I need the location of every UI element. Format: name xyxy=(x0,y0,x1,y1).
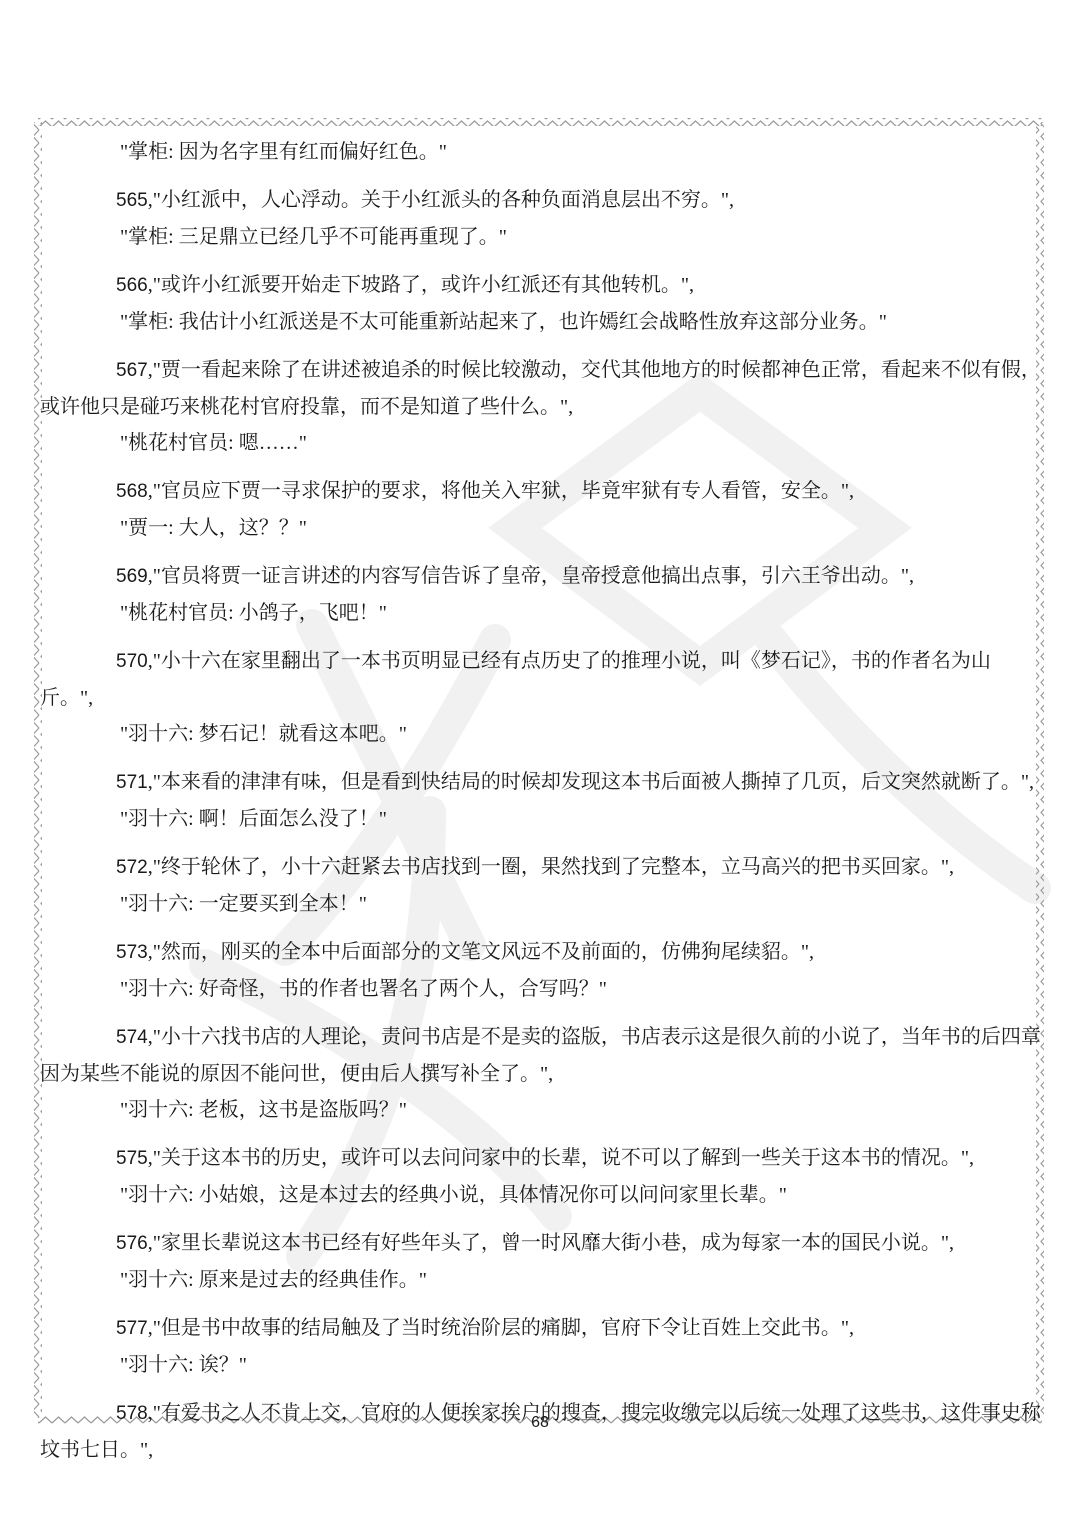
record-number: 575 xyxy=(116,1148,148,1169)
document-page: "掌柜: 因为名字里有红而偏好红色。"565,"小红派中，人心浮动。关于小红派头… xyxy=(0,0,1080,1528)
csv-record: 573,"然而，刚买的全本中后面部分的文笔文风远不及前面的，仿佛狗尾续貂。","… xyxy=(40,934,1042,1007)
narration-text: ,"或许小红派要开始走下坡路了，或许小红派还有其他转机。", xyxy=(148,274,694,296)
csv-record: 570,"小十六在家里翻出了一本书页明显已经有点历史了的推理小说，叫《梦石记》，… xyxy=(40,643,1042,752)
record-number: 570 xyxy=(116,651,148,672)
narration-text: ,"关于这本书的历史，或许可以去问问家中的长辈，说不可以了解到一些关于这本书的情… xyxy=(148,1147,974,1169)
dialogue-line: "贾一: 大人，这？？" xyxy=(40,510,1042,546)
narration-text: ,"家里长辈说这本书已经有好些年头了，曾一时风靡大街小巷，成为每家一本的国民小说… xyxy=(148,1232,954,1254)
csv-record: 572,"终于轮休了，小十六赶紧去书店找到一圈，果然找到了完整本，立马高兴的把书… xyxy=(40,849,1042,922)
narration-text: ,"小红派中，人心浮动。关于小红派头的各种负面消息层出不穷。", xyxy=(148,189,734,211)
narration-line: 576,"家里长辈说这本书已经有好些年头了，曾一时风靡大街小巷，成为每家一本的国… xyxy=(40,1225,1042,1262)
record-number: 573 xyxy=(116,942,148,963)
csv-record: 568,"官员应下贾一寻求保护的要求，将他关入牢狱，毕竟牢狱有专人看管，安全。"… xyxy=(40,473,1042,546)
dialogue-line: "羽十六: 原来是过去的经典佳作。" xyxy=(40,1262,1042,1298)
text-content: "掌柜: 因为名字里有红而偏好红色。"565,"小红派中，人心浮动。关于小红派头… xyxy=(40,134,1042,1468)
narration-text: ,"官员应下贾一寻求保护的要求，将他关入牢狱，毕竟牢狱有专人看管，安全。", xyxy=(148,480,854,502)
narration-text: ,"本来看的津津有味，但是看到快结局的时候却发现这本书后面被人撕掉了几页，后文突… xyxy=(148,771,1034,793)
narration-text: ,"终于轮休了，小十六赶紧去书店找到一圈，果然找到了完整本，立马高兴的把书买回家… xyxy=(148,856,954,878)
narration-line: 572,"终于轮休了，小十六赶紧去书店找到一圈，果然找到了完整本，立马高兴的把书… xyxy=(40,849,1042,886)
record-number: 565 xyxy=(116,190,148,211)
dialogue-line: "羽十六: 老板，这书是盗版吗？" xyxy=(40,1092,1042,1128)
narration-line: 567,"贾一看起来除了在讲述被追杀的时候比较激动，交代其他地方的时候都神色正常… xyxy=(40,352,1042,425)
csv-record: 566,"或许小红派要开始走下坡路了，或许小红派还有其他转机。","掌柜: 我估… xyxy=(40,267,1042,340)
dialogue-line: "掌柜: 三足鼎立已经几乎不可能再重现了。" xyxy=(40,219,1042,255)
record-number: 568 xyxy=(116,481,148,502)
csv-record: 576,"家里长辈说这本书已经有好些年头了，曾一时风靡大街小巷，成为每家一本的国… xyxy=(40,1225,1042,1298)
dialogue-line: "掌柜: 我估计小红派送是不太可能重新站起来了，也许嫣红会战略性放弃这部分业务。… xyxy=(40,304,1042,340)
record-number: 574 xyxy=(116,1027,148,1048)
border-top xyxy=(38,118,1042,126)
dialogue-line: "羽十六: 小姑娘，这是本过去的经典小说，具体情况你可以问问家里长辈。" xyxy=(40,1177,1042,1213)
narration-line: 573,"然而，刚买的全本中后面部分的文笔文风远不及前面的，仿佛狗尾续貂。", xyxy=(40,934,1042,971)
record-number: 569 xyxy=(116,566,148,587)
narration-text: ,"小十六找书店的人理论，责问书店是不是卖的盗版，书店表示这是很久前的小说了，当… xyxy=(40,1026,1041,1085)
narration-line: 568,"官员应下贾一寻求保护的要求，将他关入牢狱，毕竟牢狱有专人看管，安全。"… xyxy=(40,473,1042,510)
csv-record: 569,"官员将贾一证言讲述的内容写信告诉了皇帝，皇帝授意他搞出点事，引六王爷出… xyxy=(40,558,1042,631)
narration-line: 569,"官员将贾一证言讲述的内容写信告诉了皇帝，皇帝授意他搞出点事，引六王爷出… xyxy=(40,558,1042,595)
dialogue-line: "桃花村官员: 小鸽子，飞吧！" xyxy=(40,595,1042,631)
dialogue-line: "掌柜: 因为名字里有红而偏好红色。" xyxy=(40,134,1042,170)
narration-text: ,"然而，刚买的全本中后面部分的文笔文风远不及前面的，仿佛狗尾续貂。", xyxy=(148,941,814,963)
dialogue-line: "羽十六: 啊！后面怎么没了！" xyxy=(40,801,1042,837)
dialogue-line: "羽十六: 好奇怪，书的作者也署名了两个人，合写吗？" xyxy=(40,971,1042,1007)
dialogue-line: "羽十六: 诶？" xyxy=(40,1347,1042,1383)
record-number: 567 xyxy=(116,360,148,381)
dialogue-line: "桃花村官员: 嗯……" xyxy=(40,425,1042,461)
narration-text: ,"小十六在家里翻出了一本书页明显已经有点历史了的推理小说，叫《梦石记》，书的作… xyxy=(40,650,991,709)
record-number: 576 xyxy=(116,1233,148,1254)
record-number: 577 xyxy=(116,1318,148,1339)
narration-line: 565,"小红派中，人心浮动。关于小红派头的各种负面消息层出不穷。", xyxy=(40,182,1042,219)
csv-record: 567,"贾一看起来除了在讲述被追杀的时候比较激动，交代其他地方的时候都神色正常… xyxy=(40,352,1042,461)
csv-record: 574,"小十六找书店的人理论，责问书店是不是卖的盗版，书店表示这是很久前的小说… xyxy=(40,1019,1042,1128)
record-number: 566 xyxy=(116,275,148,296)
dialogue-line: "羽十六: 梦石记！就看这本吧。" xyxy=(40,716,1042,752)
csv-record: "掌柜: 因为名字里有红而偏好红色。" xyxy=(40,134,1042,170)
csv-record: 571,"本来看的津津有味，但是看到快结局的时候却发现这本书后面被人撕掉了几页，… xyxy=(40,764,1042,837)
narration-text: ,"贾一看起来除了在讲述被追杀的时候比较激动，交代其他地方的时候都神色正常，看起… xyxy=(40,359,1041,418)
csv-record: 575,"关于这本书的历史，或许可以去问问家中的长辈，说不可以了解到一些关于这本… xyxy=(40,1140,1042,1213)
record-number: 572 xyxy=(116,857,148,878)
narration-line: 575,"关于这本书的历史，或许可以去问问家中的长辈，说不可以了解到一些关于这本… xyxy=(40,1140,1042,1177)
csv-record: 577,"但是书中故事的结局触及了当时统治阶层的痛脚，官府下令让百姓上交此书。"… xyxy=(40,1310,1042,1383)
narration-line: 571,"本来看的津津有味，但是看到快结局的时候却发现这本书后面被人撕掉了几页，… xyxy=(40,764,1042,801)
narration-text: ,"但是书中故事的结局触及了当时统治阶层的痛脚，官府下令让百姓上交此书。", xyxy=(148,1317,854,1339)
narration-line: 566,"或许小红派要开始走下坡路了，或许小红派还有其他转机。", xyxy=(40,267,1042,304)
dialogue-line: "羽十六: 一定要买到全本！" xyxy=(40,886,1042,922)
page-number: 68 xyxy=(0,1414,1080,1432)
narration-text: ,"官员将贾一证言讲述的内容写信告诉了皇帝，皇帝授意他搞出点事，引六王爷出动。"… xyxy=(148,565,914,587)
narration-line: 570,"小十六在家里翻出了一本书页明显已经有点历史了的推理小说，叫《梦石记》，… xyxy=(40,643,1042,716)
record-number: 571 xyxy=(116,772,148,793)
narration-line: 574,"小十六找书店的人理论，责问书店是不是卖的盗版，书店表示这是很久前的小说… xyxy=(40,1019,1042,1092)
narration-line: 577,"但是书中故事的结局触及了当时统治阶层的痛脚，官府下令让百姓上交此书。"… xyxy=(40,1310,1042,1347)
csv-record: 565,"小红派中，人心浮动。关于小红派头的各种负面消息层出不穷。","掌柜: … xyxy=(40,182,1042,255)
